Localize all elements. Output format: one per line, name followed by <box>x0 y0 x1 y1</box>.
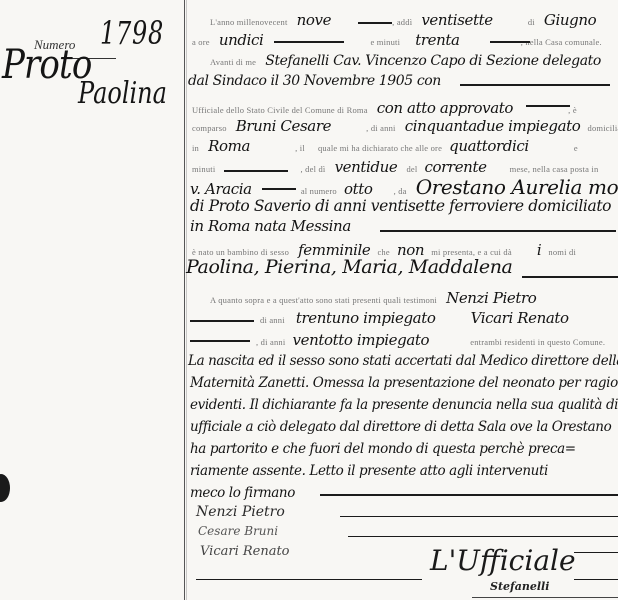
record-line-7: in Roma , il quale mi ha dichiarato che … <box>192 136 578 155</box>
annotation-line-3: evidenti. Il dichiarante fa la presente … <box>190 394 618 413</box>
record-line-15: di anni trentuno impiegato Vicari Renato <box>260 308 569 327</box>
officer-label: L'Ufficiale <box>430 544 576 577</box>
signature-witness-1: Nenzi Pietro <box>196 504 285 520</box>
signature-rule <box>348 536 618 537</box>
record-line-5: Ufficiale dello Stato Civile del Comune … <box>192 98 577 117</box>
annotation-line-4: ufficiale a ciò delegato dal direttore d… <box>190 416 611 435</box>
column-divider <box>184 0 185 600</box>
civil-birth-record-page: 1798 Numero Proto Paolina L'anno milleno… <box>0 0 618 600</box>
record-line-2: a ore undici e minuti trenta , nella Cas… <box>192 30 602 49</box>
fill-rule <box>526 105 570 107</box>
record-line-6: comparso Bruni Cesare , di anni cinquant… <box>192 116 618 135</box>
column-divider-shadow <box>186 0 187 600</box>
fill-rule <box>522 276 618 278</box>
record-line-10: di Proto Saverio di anni ventisette ferr… <box>190 196 611 215</box>
fill-rule <box>274 41 344 43</box>
fill-rule <box>358 22 392 24</box>
record-body: L'anno millenovecent nove , addì ventise… <box>190 0 618 600</box>
record-number: 1798 <box>100 14 164 52</box>
fill-rule <box>190 320 254 322</box>
signature-officer: Stefanelli <box>490 580 549 593</box>
signature-witness-2: Vicari Renato <box>200 544 290 559</box>
fill-rule <box>380 230 616 232</box>
record-line-4: dal Sindaco il 30 Novembre 1905 con <box>188 70 441 89</box>
annotation-line-1: La nascita ed il sesso sono stati accert… <box>188 350 618 369</box>
fill-rule <box>190 340 250 342</box>
annotation-line-5: ha partorito e che fuori del mondo di qu… <box>190 438 576 457</box>
annotation-line-2: Maternità Zanetti. Omessa la presentazio… <box>190 372 618 391</box>
record-line-14: A quanto sopra e a quest'atto sono stati… <box>210 288 536 307</box>
fill-rule <box>460 84 610 86</box>
fill-rule <box>490 41 530 43</box>
record-line-3: Avanti di me Stefanelli Cav. Vincenzo Ca… <box>210 50 601 69</box>
signature-rule <box>574 552 618 553</box>
fill-rule <box>224 170 288 172</box>
record-line-13-given-names: Paolina, Pierina, Maria, Maddalena <box>186 256 512 278</box>
fill-rule <box>262 188 296 190</box>
signature-rule <box>574 579 618 580</box>
child-given-name: Paolina <box>78 76 167 111</box>
fill-rule <box>320 494 618 496</box>
record-line-1: L'anno millenovecent nove , addì ventise… <box>210 10 596 29</box>
margin-column: 1798 Numero Proto Paolina <box>0 0 184 600</box>
signature-rule <box>196 579 422 580</box>
record-line-11: in Roma nata Messina <box>190 216 351 235</box>
annotation-line-6: riamente assente. Letto il presente atto… <box>190 460 548 479</box>
record-line-16: , di anni ventotto impiegato entrambi re… <box>256 330 605 349</box>
bottom-rule <box>472 597 618 598</box>
record-line-8: minuti , del dì ventidue del corrente me… <box>192 157 598 176</box>
signature-rule <box>340 516 618 517</box>
signature-declarant: Cesare Bruni <box>198 524 278 538</box>
ink-blot <box>0 474 10 502</box>
annotation-line-7: meco lo firmano <box>190 482 295 501</box>
